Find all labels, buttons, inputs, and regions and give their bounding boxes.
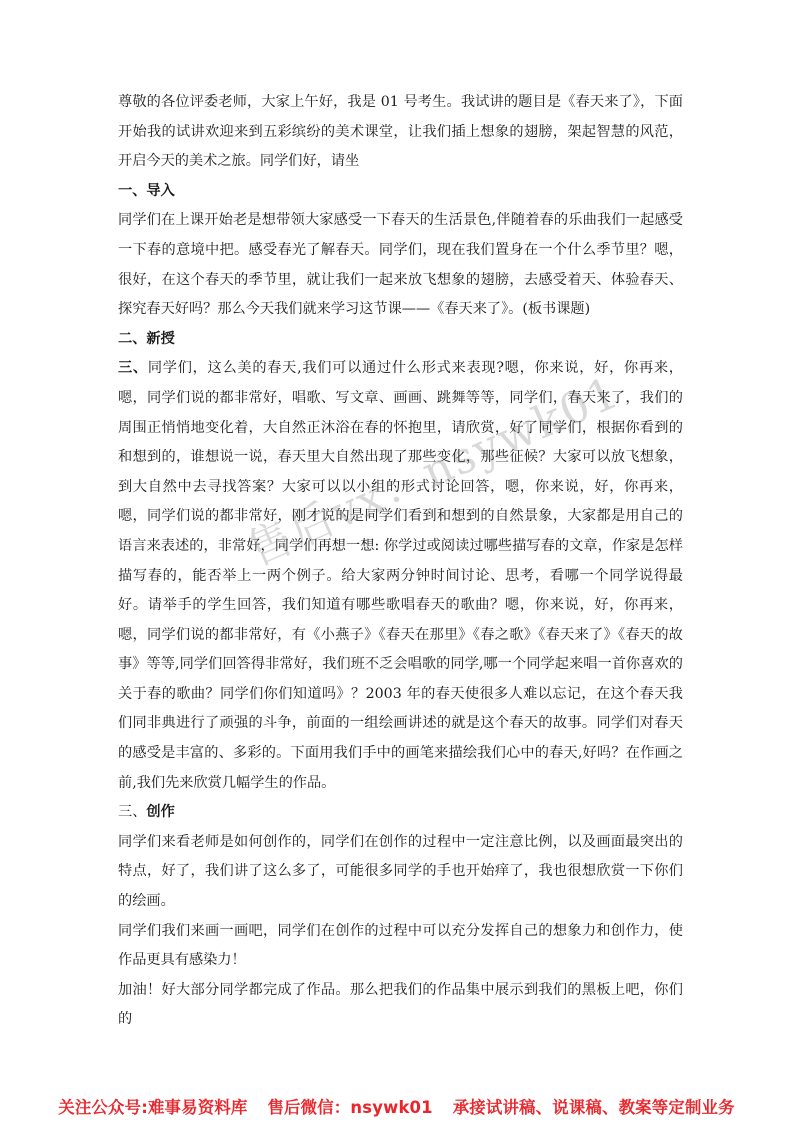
footer-follow-text: 关注公众号:难事易资料库 [58,1098,247,1117]
section-new-lesson-body: 同学们，这么美的春天,我们可以通过什么形式来表现?嗯，你来说，好，你再来，嗯，同… [118,360,683,790]
section-heading-intro: 一、导入 [118,177,683,207]
intro-paragraph: 尊敬的各位评委老师，大家上午好，我是 01 号考生。我试讲的题目是《春天来了》，… [118,88,683,177]
footer-banner: 关注公众号:难事易资料库 售后微信：nsywk01 承接试讲稿、说课稿、教案等定… [0,1094,793,1118]
footer-service-text: 承接试讲稿、说课稿、教案等定制业务 [453,1098,735,1117]
section-heading-new-lesson: 二、新授 [118,325,683,355]
section-intro-body: 同学们在上课开始老是想带领大家感受一下春天的生活景色,伴随着春的乐曲我们一起感受… [118,206,683,324]
heading-number: 三、 [118,804,146,820]
footer-wechat-text: 售后微信：nsywk01 [267,1098,432,1117]
heading-text: 创作 [146,804,174,820]
section-new-lesson-paragraph: 三、同学们，这么美的春天,我们可以通过什么形式来表现?嗯，你来说，好，你再来，嗯… [118,354,683,798]
paragraph-lead-number: 三、 [118,360,148,376]
creation-paragraph-2: 同学们我们来画一画吧，同学们在创作的过程中可以充分发挥自己的想象力和创作力，使作… [118,917,683,976]
section-heading-creation: 三、创作 [118,798,683,828]
creation-paragraph-1: 同学们来看老师是如何创作的，同学们在创作的过程中一定注意比例，以及画面最突出的特… [118,828,683,917]
creation-paragraph-3: 加油！好大部分同学都完成了作品。那么把我们的作品集中展示到我们的黑板上吧，你们的 [118,976,683,1035]
document-page: 尊敬的各位评委老师，大家上午好，我是 01 号考生。我试讲的题目是《春天来了》，… [118,88,683,1035]
